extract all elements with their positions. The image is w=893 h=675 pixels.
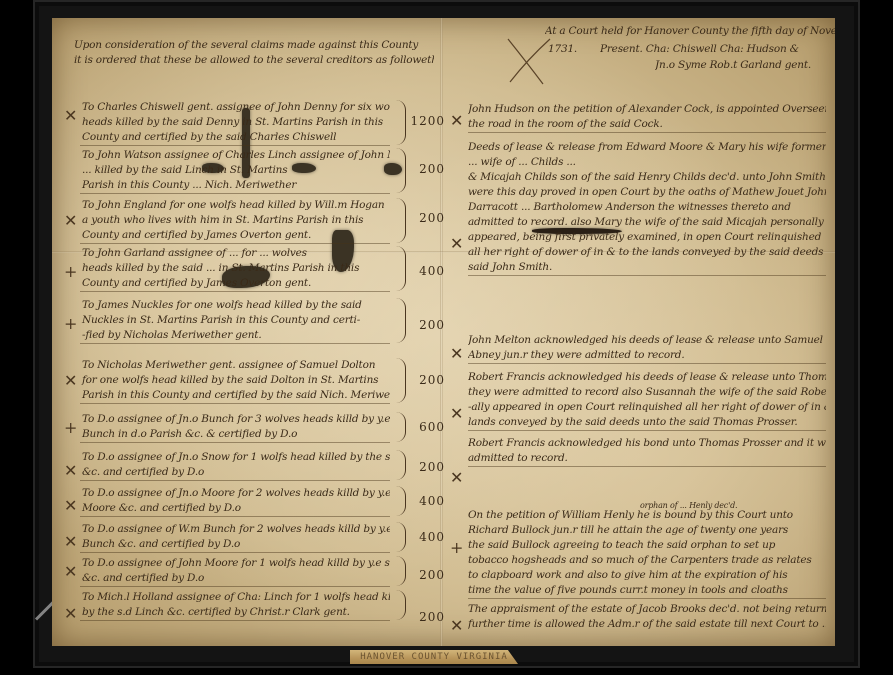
minute-entry: John Melton acknowledged his deeds of le…	[468, 333, 826, 364]
entry-line: Richard Bullock jun.r till he attain the…	[468, 523, 826, 538]
entry-line: To Charles Chiswell gent. assignee of Jo…	[80, 100, 390, 115]
left-column-wolf-bounties: Upon consideration of the several claims…	[60, 18, 430, 646]
entry-line: To Mich.l Holland assignee of Cha: Linch…	[80, 590, 390, 605]
x-mark: ✕	[64, 498, 77, 513]
minute-entry: Robert Francis acknowledged his bond unt…	[468, 436, 826, 467]
entry-line: the said Bullock agreeing to teach the s…	[468, 538, 826, 553]
x-mark: ✕	[450, 618, 463, 633]
x-mark: ✕	[450, 346, 463, 361]
entry-line: To John Garland assignee of ... for ... …	[80, 246, 390, 261]
minute-entry: Robert Francis acknowledged his deeds of…	[468, 370, 826, 431]
bounty-entry: To John Watson assignee of Charles Linch…	[80, 148, 390, 194]
x-mark: ✕	[64, 213, 77, 228]
bounty-entry: To John Garland assignee of ... for ... …	[80, 246, 390, 292]
entry-line: Parish in this County and certified by t…	[80, 388, 390, 403]
bounty-entry: To D.o assignee of Jn.o Snow for 1 wolfs…	[80, 450, 390, 481]
entry-line: appeared, being first privately examined…	[468, 230, 826, 245]
entry-line: time the value of five pounds curr.t mon…	[468, 583, 826, 598]
court-year: 1731.	[548, 42, 577, 57]
bounty-entry: To D.o assignee of John Moore for 1 wolf…	[80, 556, 390, 587]
bounty-entry: To Nicholas Meriwether gent. assignee of…	[80, 358, 390, 404]
bounty-amount: 200	[405, 460, 445, 475]
entry-line: Moore &c. and certified by D.o	[80, 501, 390, 516]
entry-line: all her right of dower of in & to the la…	[468, 245, 826, 260]
bounty-amount: 200	[405, 568, 445, 583]
x-mark: ✕	[450, 236, 463, 251]
bounty-entry: To John England for one wolfs head kille…	[80, 198, 390, 244]
entry-line: &c. and certified by D.o	[80, 571, 390, 586]
right-column-court-minutes: At a Court held for Hanover County the f…	[450, 18, 830, 646]
justices-present: Jn.o Syme Rob.t Garland gent.	[655, 58, 835, 73]
x-mark: ✕	[64, 108, 77, 123]
x-mark: +	[64, 420, 77, 435]
minute-entry: John Hudson on the petition of Alexander…	[468, 102, 826, 133]
bounty-amount: 1200	[405, 114, 445, 129]
entry-line: To D.o assignee of W.m Bunch for 2 wolve…	[80, 522, 390, 537]
entry-line: Robert Francis acknowledged his bond unt…	[468, 436, 826, 451]
bounty-amount: 400	[405, 264, 445, 279]
entry-line: were this day proved in open Court by th…	[468, 185, 826, 200]
entry-line: & Micajah Childs son of the said Henry C…	[468, 170, 826, 185]
entry-line: to clapboard work and also to give him a…	[468, 568, 826, 583]
entry-line: County and certified by the said Charles…	[80, 130, 390, 145]
minute-entry: The appraisment of the estate of Jacob B…	[468, 602, 826, 632]
bounty-entry: To Charles Chiswell gent. assignee of Jo…	[80, 100, 390, 146]
entry-line: heads killed by the said Denny in St. Ma…	[80, 115, 390, 130]
bounty-amount: 200	[405, 373, 445, 388]
entry-line: Nuckles in St. Martins Parish in this Co…	[80, 313, 390, 328]
entry-line: Abney jun.r they were admitted to record…	[468, 348, 826, 363]
entry-line: further time is allowed the Adm.r of the…	[468, 617, 826, 632]
bounty-amount: 400	[405, 530, 445, 545]
heading-line: it is ordered that these be allowed to t…	[74, 53, 434, 68]
x-mark: ✕	[64, 606, 77, 621]
x-mark: ✕	[450, 406, 463, 421]
entry-line: ... killed by the said Linch in St. Mart…	[80, 163, 390, 178]
entry-line: a youth who lives with him in St. Martin…	[80, 213, 390, 228]
entry-line: County and certified by James Overton ge…	[80, 276, 390, 291]
entry-line: To D.o assignee of Jn.o Moore for 2 wolv…	[80, 486, 390, 501]
entry-line: Bunch &c. and certified by D.o	[80, 537, 390, 552]
entry-line: To James Nuckles for one wolfs head kill…	[80, 298, 390, 313]
bounty-amount: 600	[405, 420, 445, 435]
entry-line: Bunch in d.o Parish &c. & certified by D…	[80, 427, 390, 442]
x-mark: ✕	[64, 463, 77, 478]
entry-line: said John Smith.	[468, 260, 826, 275]
justices-present: Present. Cha: Chiswell Cha: Hudson &	[600, 42, 830, 57]
entry-line: John Melton acknowledged his deeds of le…	[468, 333, 826, 348]
entry-line: &c. and certified by D.o	[80, 465, 390, 480]
x-mark: +	[64, 264, 77, 279]
heading-line: Upon consideration of the several claims…	[74, 38, 434, 53]
entry-line: Darracott ... Bartholomew Anderson the w…	[468, 200, 826, 215]
bounty-entry: To James Nuckles for one wolfs head kill…	[80, 298, 390, 344]
entry-line: admitted to record. also Mary the wife o…	[468, 215, 826, 230]
entry-line: for one wolfs head killed by the said Do…	[80, 373, 390, 388]
bounty-amount: 200	[405, 610, 445, 625]
claims-heading: Upon consideration of the several claims…	[74, 38, 434, 68]
entry-line: On the petition of William Henly he is b…	[468, 508, 826, 523]
x-mark: ✕	[450, 113, 463, 128]
entry-line: lands conveyed by the said deeds unto th…	[468, 415, 826, 430]
bounty-entry: To Mich.l Holland assignee of Cha: Linch…	[80, 590, 390, 621]
x-mark: ✕	[450, 470, 463, 485]
entry-line: To D.o assignee of John Moore for 1 wolf…	[80, 556, 390, 571]
court-header-line: At a Court held for Hanover County the f…	[545, 24, 835, 39]
entry-line: ... wife of ... Childs ...	[468, 155, 826, 170]
x-mark: ✕	[64, 534, 77, 549]
entry-line: Deeds of lease & release from Edward Moo…	[468, 140, 826, 155]
entry-line: To John England for one wolfs head kille…	[80, 198, 390, 213]
entry-line: Robert Francis acknowledged his deeds of…	[468, 370, 826, 385]
entry-line: John Hudson on the petition of Alexander…	[468, 102, 826, 117]
x-mark: ✕	[64, 373, 77, 388]
bounty-entry: To D.o assignee of W.m Bunch for 2 wolve…	[80, 522, 390, 553]
minute-entry: Deeds of lease & release from Edward Moo…	[468, 140, 826, 276]
entry-line: To D.o assignee of Jn.o Snow for 1 wolfs…	[80, 450, 390, 465]
entry-line: Parish in this County ... Nich. Meriweth…	[80, 178, 390, 193]
entry-line: by the s.d Linch &c. certified by Christ…	[80, 605, 390, 620]
bounty-amount: 200	[405, 162, 445, 177]
entry-line: -fied by Nicholas Meriwether gent.	[80, 328, 390, 343]
entry-line: To D.o assignee of Jn.o Bunch for 3 wolv…	[80, 412, 390, 427]
entry-line: County and certified by James Overton ge…	[80, 228, 390, 243]
entry-line: To Nicholas Meriwether gent. assignee of…	[80, 358, 390, 373]
entry-line: admitted to record.	[468, 451, 826, 466]
bounty-amount: 200	[405, 318, 445, 333]
brass-name-plaque: HANOVER COUNTY VIRGINIA 1731	[350, 650, 518, 664]
entry-line: the road in the room of the said Cock.	[468, 117, 826, 132]
entry-line: The appraisment of the estate of Jacob B…	[468, 602, 826, 617]
x-mark: ✕	[64, 564, 77, 579]
entry-line: To John Watson assignee of Charles Linch…	[80, 148, 390, 163]
bounty-entry: To D.o assignee of Jn.o Bunch for 3 wolv…	[80, 412, 390, 443]
bounty-amount: 400	[405, 494, 445, 509]
entry-line: tobacco hogsheads and so much of the Car…	[468, 553, 826, 568]
entry-line: they were admitted to record also Susann…	[468, 385, 826, 400]
bounty-amount: 200	[405, 211, 445, 226]
minute-entry: On the petition of William Henly he is b…	[468, 508, 826, 599]
bounty-entry: To D.o assignee of Jn.o Moore for 2 wolv…	[80, 486, 390, 517]
entry-line: -ally appeared in open Court relinquishe…	[468, 400, 826, 415]
manuscript-page: Upon consideration of the several claims…	[52, 18, 835, 646]
x-mark: +	[450, 540, 463, 555]
x-mark: +	[64, 316, 77, 331]
entry-line: heads killed by the said ... in St. Mart…	[80, 261, 390, 276]
